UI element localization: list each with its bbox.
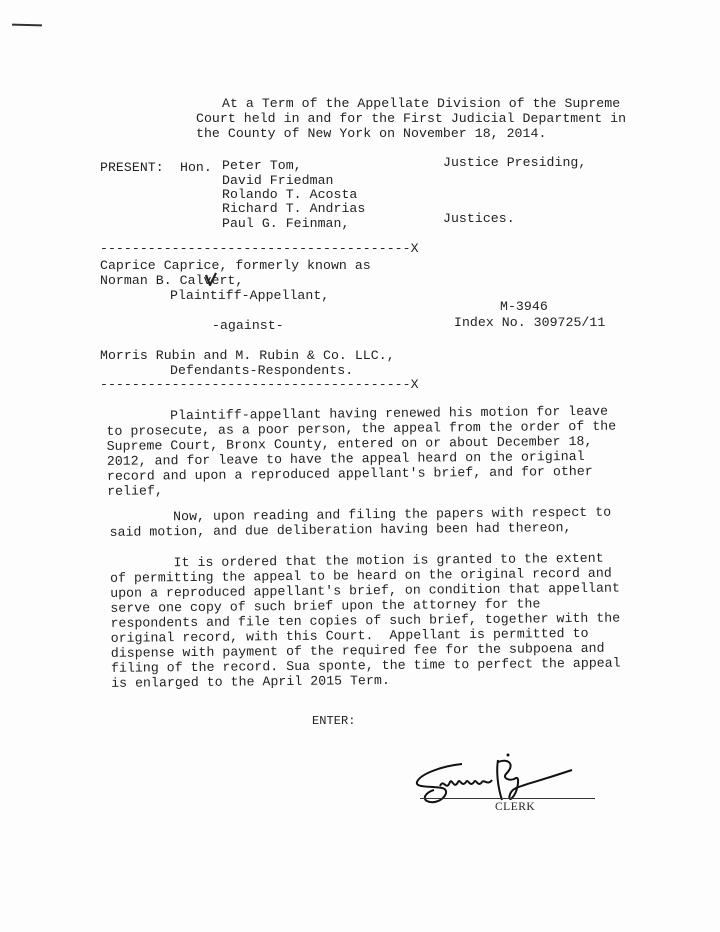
enter-label: ENTER: bbox=[312, 714, 356, 729]
index-number: Index No. 309725/11 bbox=[454, 315, 605, 330]
defendant-names: Morris Rubin and M. Rubin & Co. LLC., bbox=[100, 348, 395, 363]
presiding-label: Justice Presiding, bbox=[443, 155, 586, 170]
para3-line: is enlarged to the April 2015 Term. bbox=[111, 673, 390, 691]
justice-5: Paul G. Feinman, bbox=[222, 216, 349, 231]
justice-1: Peter Tom, bbox=[222, 158, 302, 173]
signature-line bbox=[420, 798, 595, 799]
justice-2: David Friedman bbox=[222, 173, 334, 188]
caption-divider-top: ---------------------------------------X bbox=[100, 241, 419, 256]
justice-4: Richard T. Andrias bbox=[222, 201, 365, 216]
document-page: At a Term of the Appellate Division of t… bbox=[0, 0, 720, 932]
header-line-1: At a Term of the Appellate Division of t… bbox=[222, 96, 620, 111]
plaintiff-role: Plaintiff-Appellant, bbox=[170, 288, 329, 303]
justice-3: Rolando T. Acosta bbox=[222, 187, 357, 202]
hon-label: Hon. bbox=[180, 160, 212, 175]
justices-label: Justices. bbox=[443, 211, 515, 226]
header-line-2: Court held in and for the First Judicial… bbox=[196, 111, 626, 126]
caption-divider-bottom: ---------------------------------------X bbox=[100, 377, 419, 392]
header-line-3: the County of New York on November 18, 2… bbox=[196, 126, 546, 141]
para1-line: relief, bbox=[107, 483, 163, 499]
clerk-label: CLERK bbox=[495, 801, 535, 813]
margin-mark bbox=[12, 24, 42, 27]
against-label: -against- bbox=[212, 318, 284, 333]
plaintiff-line-1: Caprice Caprice, formerly known as bbox=[100, 258, 371, 273]
plaintiff-line-2: Norman B. Calvert, bbox=[100, 273, 243, 288]
present-label: PRESENT: bbox=[100, 160, 164, 175]
defendant-role: Defendants-Respondents. bbox=[170, 363, 353, 378]
motion-number: M-3946 bbox=[500, 299, 548, 314]
checkmark-annotation bbox=[205, 272, 217, 286]
